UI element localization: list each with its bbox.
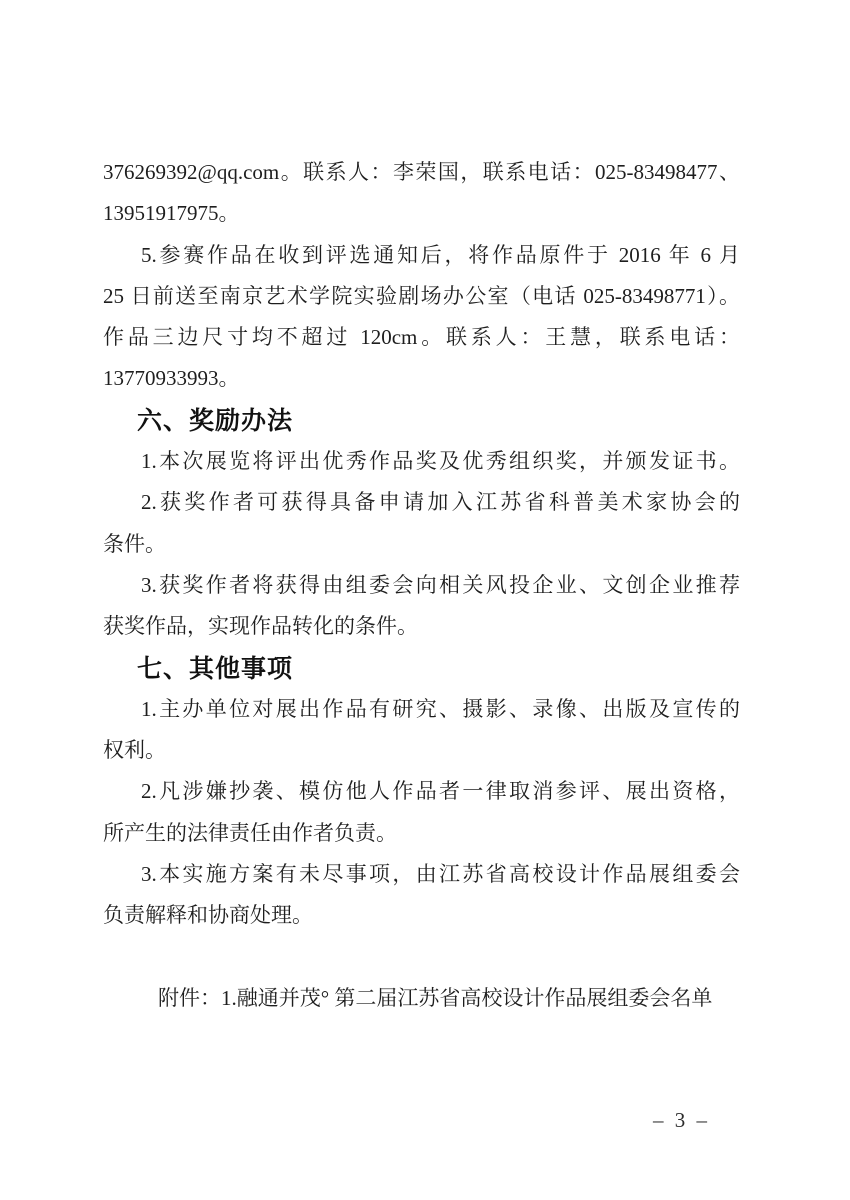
blank-line xyxy=(103,937,740,978)
attachment-line: 附件：1.融通并茂° 第二届江苏省高校设计作品展组委会名单 xyxy=(103,978,740,1019)
paragraph-line: 5.参赛作品在收到评选通知后，将作品原件于 2016 年 6 月 xyxy=(103,235,740,276)
paragraph-line: 所产生的法律责任由作者负责。 xyxy=(103,813,740,854)
paragraph-line: 获奖作品，实现作品转化的条件。 xyxy=(103,606,740,647)
paragraph-line: 作品三边尺寸均不超过 120cm。联系人：王慧，联系电话： xyxy=(103,317,740,358)
paragraph-line: 权利。 xyxy=(103,730,740,771)
paragraph-line: 1.主办单位对展出作品有研究、摄影、录像、出版及宣传的 xyxy=(103,689,740,730)
paragraph-line: 2.凡涉嫌抄袭、模仿他人作品者一律取消参评、展出资格， xyxy=(103,771,740,812)
paragraph-line: 3.本实施方案有未尽事项，由江苏省高校设计作品展组委会 xyxy=(103,854,740,895)
page-number: – 3 – xyxy=(653,1108,710,1133)
paragraph-line: 负责解释和协商处理。 xyxy=(103,895,740,936)
paragraph-line: 13770933993。 xyxy=(103,358,740,399)
paragraph-line: 1.本次展览将评出优秀作品奖及优秀组织奖，并颁发证书。 xyxy=(103,441,740,482)
paragraph-line: 376269392@qq.com。联系人：李荣国，联系电话：025-834984… xyxy=(103,152,740,193)
document-page: 376269392@qq.com。联系人：李荣国，联系电话：025-834984… xyxy=(0,0,850,1200)
section-heading-awards: 六、奖励办法 xyxy=(103,400,740,441)
document-body: 376269392@qq.com。联系人：李荣国，联系电话：025-834984… xyxy=(103,152,740,1019)
paragraph-line: 13951917975。 xyxy=(103,193,740,234)
paragraph-line: 25 日前送至南京艺术学院实验剧场办公室（电话 025-83498771）。 xyxy=(103,276,740,317)
paragraph-line: 条件。 xyxy=(103,524,740,565)
section-heading-other-matters: 七、其他事项 xyxy=(103,648,740,689)
paragraph-line: 2.获奖作者可获得具备申请加入江苏省科普美术家协会的 xyxy=(103,482,740,523)
paragraph-line: 3.获奖作者将获得由组委会向相关风投企业、文创企业推荐 xyxy=(103,565,740,606)
